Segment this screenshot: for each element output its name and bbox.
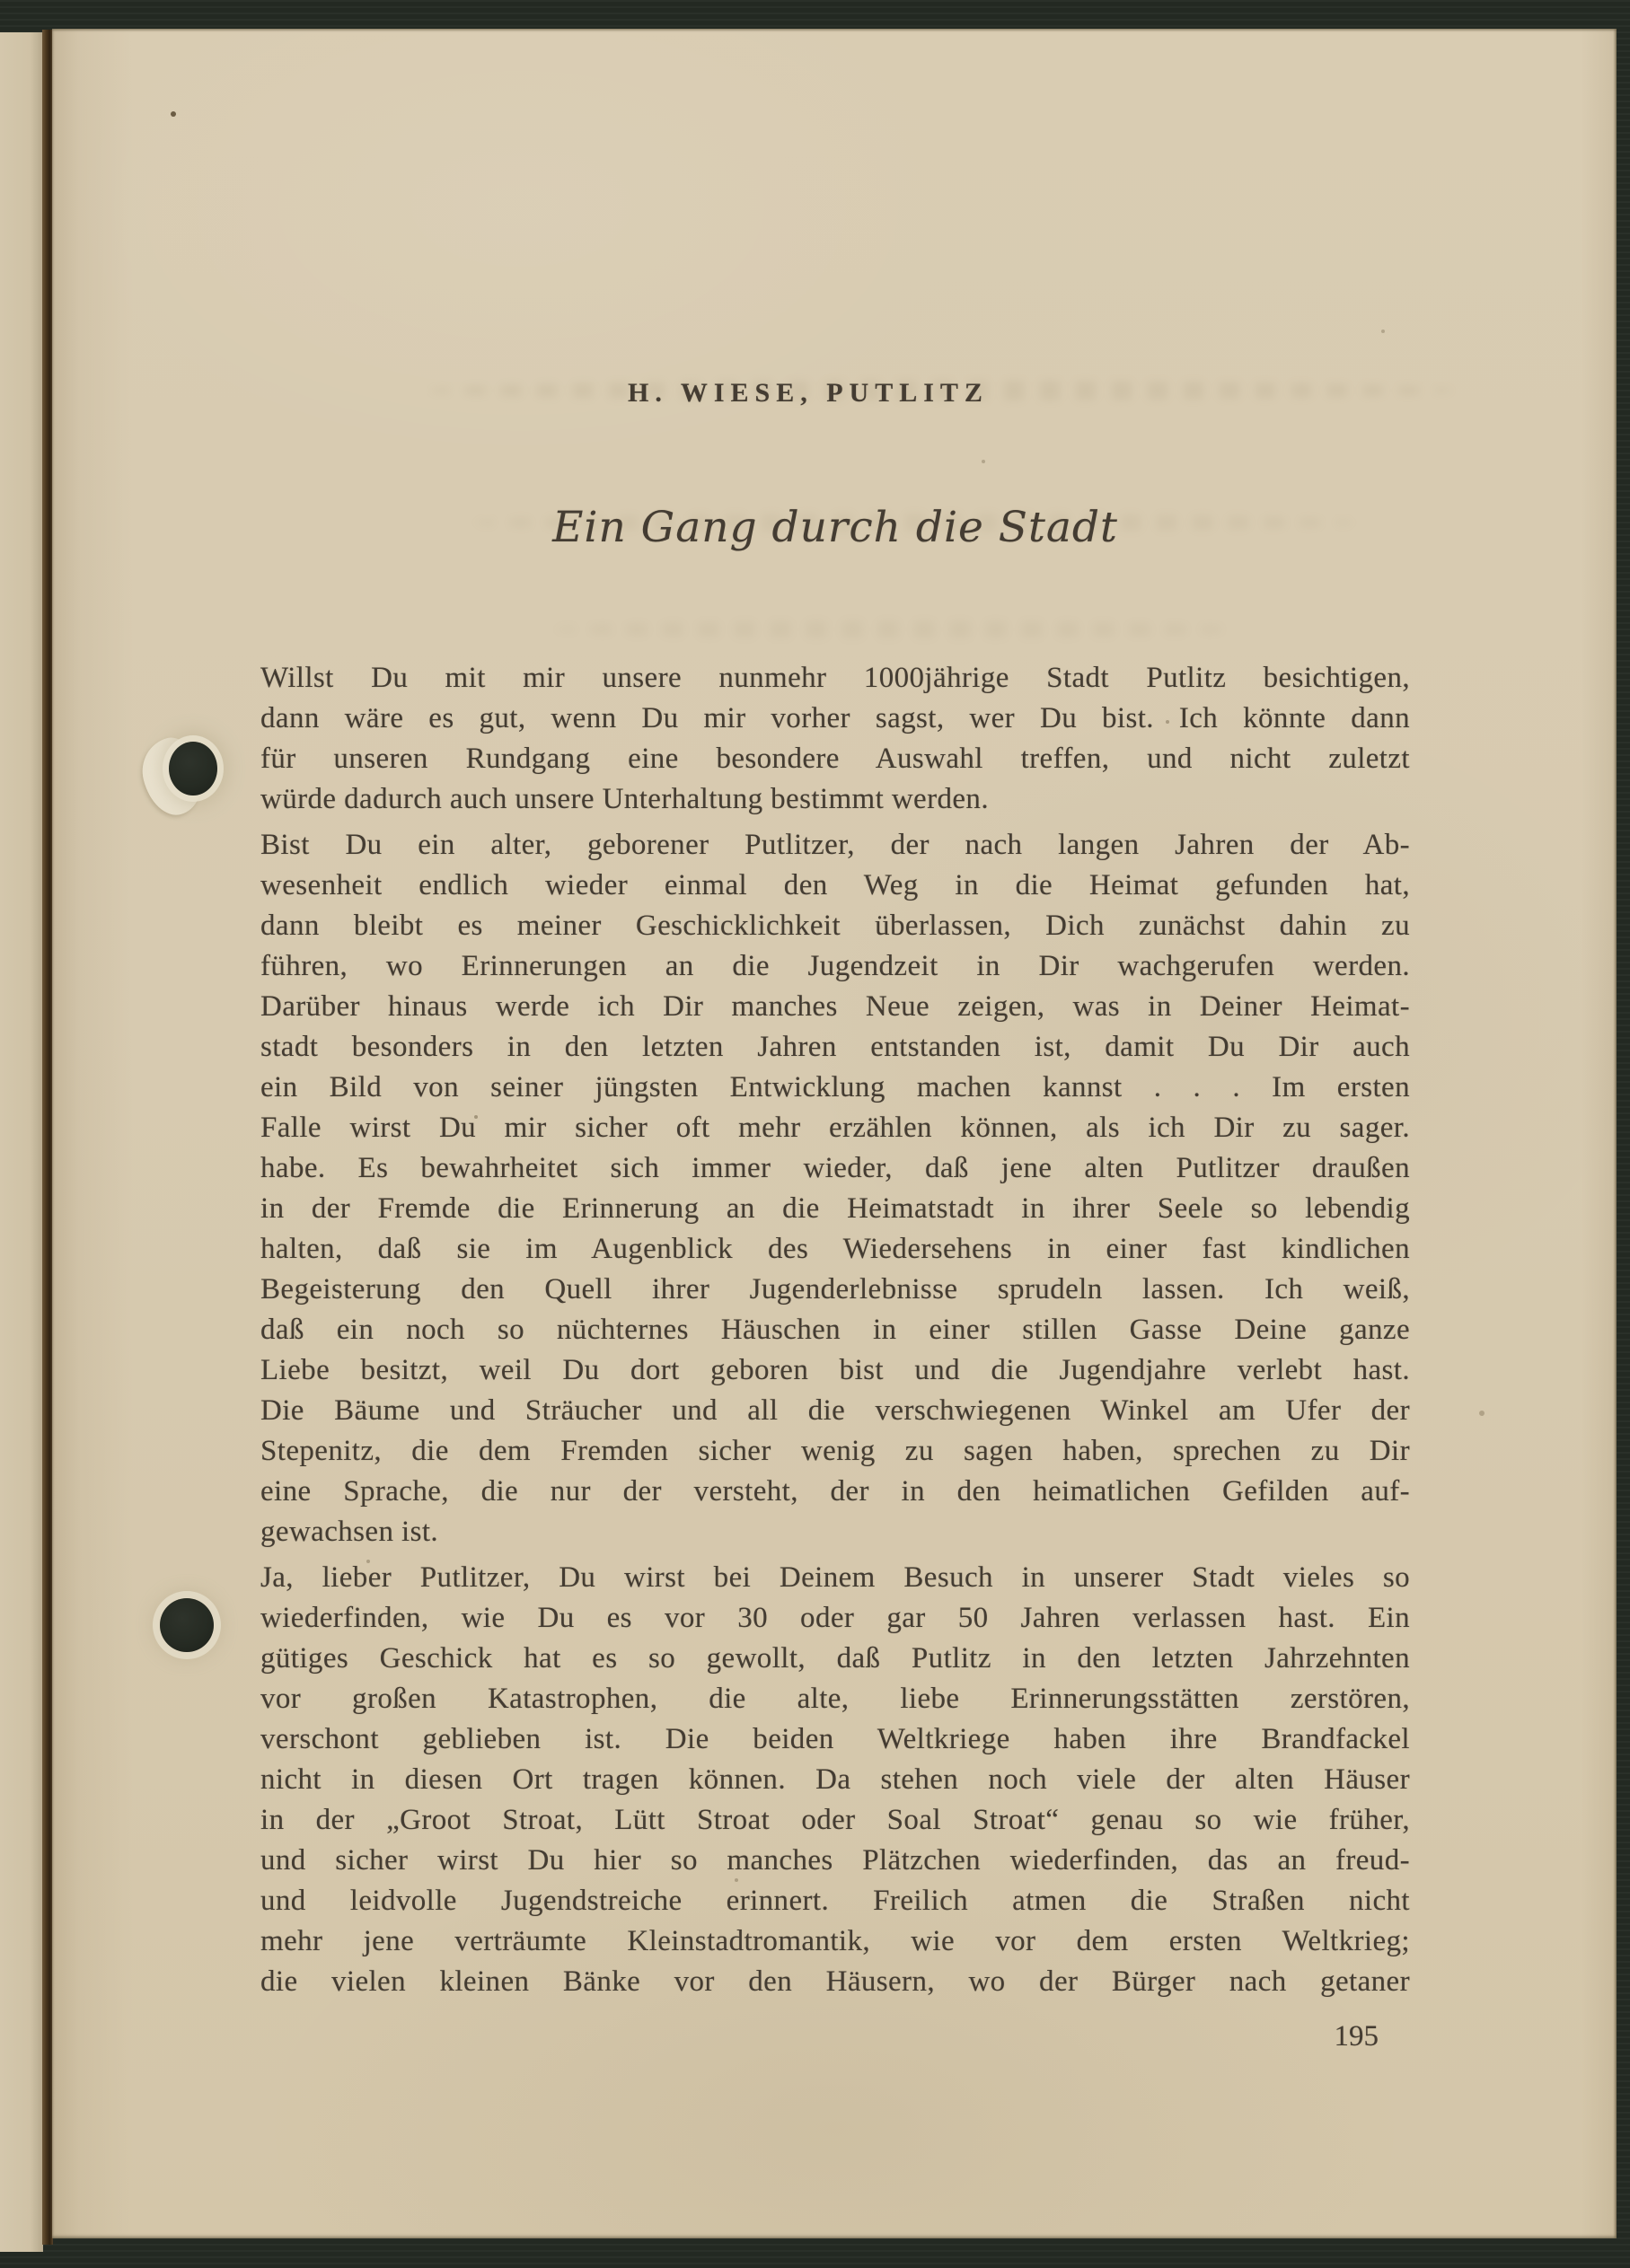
text-line: vor großen Katastrophen, die alte, liebe… [260, 1679, 1410, 1719]
paragraph: Willst Du mit mir unsere nunmehr 1000jäh… [260, 658, 1410, 820]
text-line: Die Bäume und Sträucher und all die vers… [260, 1391, 1410, 1431]
paper-specks [52, 29, 56, 32]
running-header: H. WIESE, PUTLITZ [233, 375, 1383, 411]
text-line: stadt besonders in den letzten Jahren en… [260, 1027, 1410, 1068]
text-line: halten, daß sie im Augenblick des Wieder… [260, 1229, 1410, 1270]
text-line: gütiges Geschick hat es so gewollt, daß … [260, 1639, 1410, 1679]
text-line: Bist Du ein alter, geborener Putlitzer, … [260, 825, 1410, 866]
page-number: 195 [260, 2017, 1379, 2057]
text-line: und sicher wirst Du hier so manches Plät… [260, 1841, 1410, 1881]
text-line: die vielen kleinen Bänke vor den Häusern… [260, 1962, 1410, 2002]
article-body: Willst Du mit mir unsere nunmehr 1000jäh… [260, 658, 1410, 2008]
text-line: führen, wo Erinnerungen an die Jugendzei… [260, 946, 1410, 987]
paragraph: Ja, lieber Putlitzer, Du wirst bei Deine… [260, 1558, 1410, 2002]
text-line: wesenheit endlich wieder einmal den Weg … [260, 866, 1410, 906]
text-line: Falle wirst Du mir sicher oft mehr erzäh… [260, 1108, 1410, 1148]
text-line: für unseren Rundgang eine besondere Ausw… [260, 739, 1410, 779]
paragraph: Bist Du ein alter, geborener Putlitzer, … [260, 825, 1410, 1552]
bleed-through-ghost [555, 621, 1238, 637]
text-line: nicht in diesen Ort tragen können. Da st… [260, 1760, 1410, 1800]
text-line: in der Fremde die Erinnerung an die Heim… [260, 1189, 1410, 1229]
text-line: gewachsen ist. [260, 1512, 1410, 1552]
text-line: dann bleibt es meiner Geschicklichkeit ü… [260, 906, 1410, 946]
text-line: habe. Es bewahrheitet sich immer wieder,… [260, 1148, 1410, 1189]
text-line: dann wäre es gut, wenn Du mir vorher sag… [260, 699, 1410, 739]
text-line: Willst Du mit mir unsere nunmehr 1000jäh… [260, 658, 1410, 699]
text-line: Ja, lieber Putlitzer, Du wirst bei Deine… [260, 1558, 1410, 1598]
text-line: Darüber hinaus werde ich Dir manches Neu… [260, 987, 1410, 1027]
text-line: in der „Groot Stroat, Lütt Stroat oder S… [260, 1800, 1410, 1841]
text-line: wiederfinden, wie Du es vor 30 oder gar … [260, 1598, 1410, 1639]
text-line: mehr jene verträumte Kleinstadtromantik,… [260, 1921, 1410, 1962]
text-line: Liebe besitzt, weil Du dort geboren bist… [260, 1350, 1410, 1391]
text-line: Stepenitz, die dem Fremden sicher wenig … [260, 1431, 1410, 1472]
punch-hole-top [169, 742, 217, 796]
text-line: Begeisterung den Quell ihrer Jugenderleb… [260, 1270, 1410, 1310]
article-title: Ein Gang durch die Stadt [260, 499, 1410, 557]
text-line: verschont geblieben ist. Die beiden Welt… [260, 1719, 1410, 1760]
previous-page-edge [0, 32, 43, 2252]
punch-hole-bottom [160, 1598, 214, 1652]
text-line: daß ein noch so nüchternes Häuschen in e… [260, 1310, 1410, 1350]
text-line: ein Bild von seiner jüngsten Entwicklung… [260, 1068, 1410, 1108]
text-line: eine Sprache, die nur der versteht, der … [260, 1472, 1410, 1512]
text-line: würde dadurch auch unsere Unterhaltung b… [260, 779, 1410, 820]
text-line: und leidvolle Jugendstreiche erinnert. F… [260, 1881, 1410, 1921]
